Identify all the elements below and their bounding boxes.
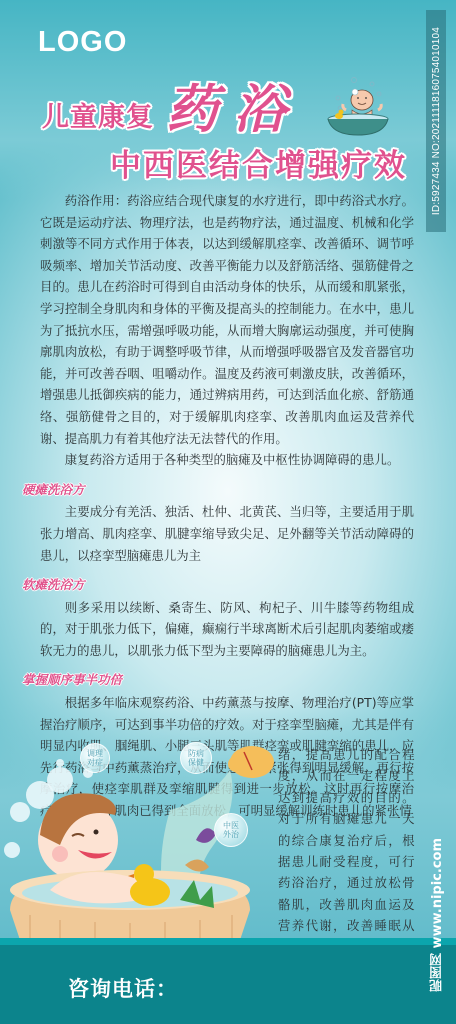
section-title-soft-paralysis: 软瘫洗浴方 <box>22 574 414 596</box>
section-title-order: 掌握顺序事半功倍 <box>22 669 414 691</box>
intro-paragraph: 药浴作用：药浴应结合现代康复的水疗进行，即中药浴式水疗。它既是运动疗法、物理疗法… <box>40 190 414 449</box>
article-body: 药浴作用：药浴应结合现代康复的水疗进行，即中药浴式水疗。它既是运动疗法、物理疗法… <box>40 190 414 822</box>
intro-paragraph: 康复药浴方适用于各种类型的脑瘫及中枢性协调障碍的患儿。 <box>40 449 414 471</box>
bubble-label: 中医 外治 <box>223 821 239 839</box>
bubble-label: 防病 保健 <box>188 749 204 767</box>
section-text-hard-paralysis: 主要成分有羌活、独活、杜仲、北黄芪、当归等，主要适用于肌张力增高、肌肉痉挛、肌腱… <box>40 501 414 566</box>
title-row: 儿童康复 药浴 <box>42 72 302 142</box>
section-title-hard-paralysis: 硬瘫洗浴方 <box>22 479 414 501</box>
bubble-tiaoli: 调理 对症 <box>80 743 110 773</box>
id-watermark-text: ID:5927434 NO:20211118160754010104 <box>431 27 442 215</box>
bubble-fangbing: 防病 保健 <box>180 742 212 774</box>
subtitle: 中西医结合增强疗效 <box>110 140 407 185</box>
logo: LOGO <box>38 26 127 59</box>
site-watermark-text: 昵图网 www.nipic.com <box>428 838 447 992</box>
contact-phone-label: 咨询电话： <box>68 973 178 1003</box>
title-main: 药浴 <box>166 67 302 142</box>
bubble-label: 调理 对症 <box>87 749 103 767</box>
id-watermark: ID:5927434 NO:20211118160754010104 <box>426 10 446 232</box>
title-prefix: 儿童康复 <box>42 95 154 134</box>
site-watermark: 昵图网 www.nipic.com <box>427 820 447 1010</box>
baby-bath-icon <box>324 72 392 138</box>
section-text-soft-paralysis: 则多采用以续断、桑寄生、防风、枸杞子、川牛膝等药物组成的，对于肌张力低下，偏瘫，… <box>40 597 414 662</box>
bubble-zhongyi: 中医 外治 <box>214 813 248 847</box>
footer: 咨询电话： <box>0 938 456 1024</box>
